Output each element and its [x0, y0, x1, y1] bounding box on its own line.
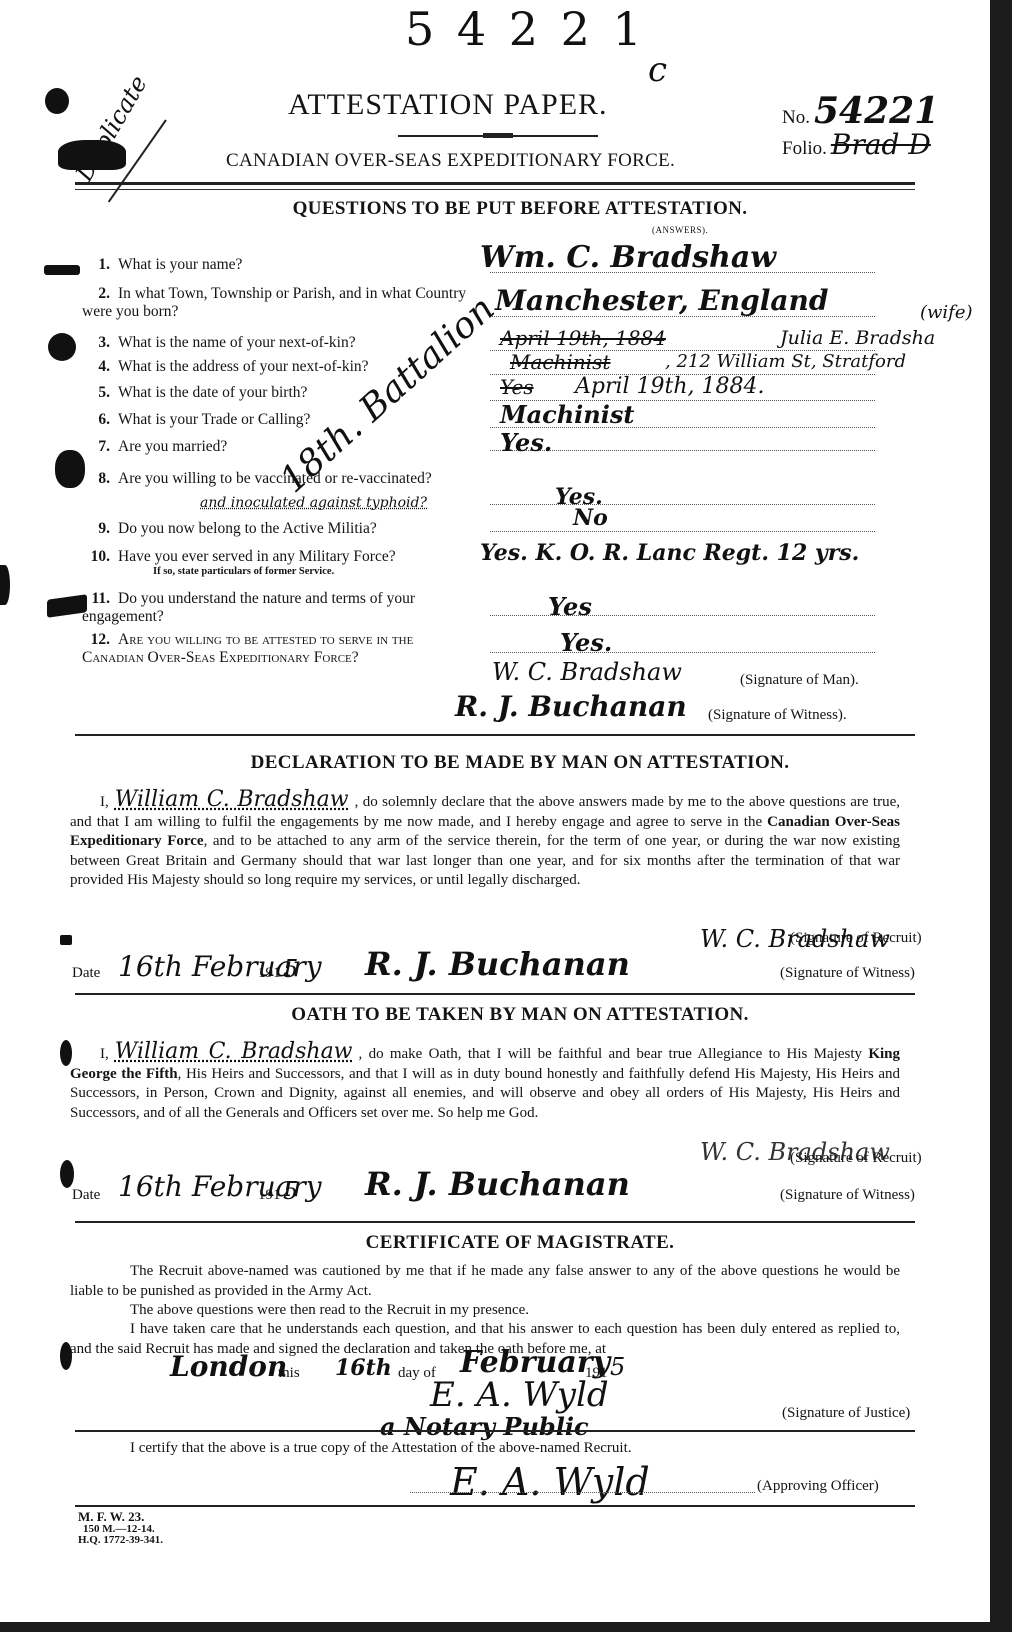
declaration-signature-recruit-label: (Signature of Recruit) — [790, 930, 922, 947]
number-value: 54221 — [814, 90, 939, 132]
number-field: No. 54221 — [782, 90, 939, 132]
questions-heading: QUESTIONS TO BE PUT BEFORE ATTESTATION. — [60, 198, 980, 220]
scan-edge-right — [990, 0, 1012, 1632]
punch-hole-top — [45, 88, 69, 114]
ink-blot-side — [0, 565, 10, 605]
handwritten-number: 5 4 2 2 1 — [405, 2, 646, 56]
approval-signature-label: (Approving Officer) — [757, 1478, 879, 1495]
ink-blot-q8 — [55, 450, 85, 488]
answer-8-inline-note: and inoculated against typhoid? — [200, 495, 427, 511]
signature-witness-q-label: (Signature of Witness). — [708, 707, 847, 724]
answer-6[interactable]: Machinist — [500, 400, 634, 429]
answer-line-9 — [490, 531, 875, 532]
signature-man[interactable]: W. C. Bradshaw — [492, 658, 682, 686]
document-subtitle: CANADIAN OVER-SEAS EXPEDITIONARY FORCE. — [226, 150, 675, 172]
certificate-day[interactable]: 16th — [335, 1355, 392, 1381]
answers-label: (ANSWERS). — [652, 225, 708, 235]
oath-signature-witness-label: (Signature of Witness) — [780, 1187, 915, 1204]
rule-after-questions — [75, 734, 915, 736]
certificate-signature-justice[interactable]: E. A. Wyld — [430, 1375, 609, 1415]
ink-blot-oath-date — [60, 1160, 74, 1188]
ink-blot-q11 — [47, 594, 87, 618]
question-6: 6.What is your Trade or Calling? — [82, 411, 472, 429]
question-10: 10.Have you ever served in any Military … — [82, 548, 472, 566]
answer-5[interactable]: April 19th, 1884. — [575, 374, 765, 399]
answer-10[interactable]: Yes. K. O. R. Lanc Regt. 12 yrs. — [480, 540, 859, 566]
question-11: 11.Do you understand the nature and term… — [82, 590, 472, 626]
oath-year-hand[interactable]: 5 — [283, 1177, 298, 1205]
certificate-signature-justice-label: (Signature of Justice) — [782, 1405, 910, 1422]
oath-text: I,William C. Bradshaw, do make Oath, tha… — [70, 1042, 900, 1123]
ink-blot-q3 — [48, 333, 76, 361]
ink-blot-q1 — [44, 265, 80, 275]
handwritten-letter: c — [648, 50, 667, 90]
question-7: 7.Are you married? — [82, 438, 472, 456]
declaration-signature-witness-label: (Signature of Witness) — [780, 965, 915, 982]
approval-signature[interactable]: E. A. Wyld — [450, 1460, 650, 1504]
form-code: M. F. W. 23. — [78, 1510, 163, 1524]
rule-after-approval — [75, 1505, 915, 1507]
answer-3-note: (wife) — [920, 302, 973, 323]
approval-signature-line — [410, 1492, 755, 1493]
declaration-signature-witness[interactable]: R. J. Buchanan — [365, 945, 630, 983]
number-label: No. — [782, 107, 810, 128]
answer-4-struck: Machinist — [510, 350, 610, 374]
answer-5-struck: Yes — [500, 375, 534, 399]
declaration-date-label: Date — [72, 965, 100, 982]
document-title: ATTESTATION PAPER. — [288, 88, 608, 122]
declaration-year-hand[interactable]: 5 — [283, 955, 298, 983]
answer-1[interactable]: Wm. C. Bradshaw — [480, 240, 776, 275]
oath-year-print: 191 — [258, 1187, 281, 1204]
approval-text: I certify that the above is a true copy … — [130, 1440, 632, 1457]
answer-3-struck: April 19th, 1884 — [500, 326, 666, 350]
signature-man-label: (Signature of Man). — [740, 672, 859, 689]
certificate-this-label: this — [278, 1365, 300, 1382]
oath-date-label: Date — [72, 1187, 100, 1204]
question-12: 12.Are you willing to be attested to ser… — [82, 631, 472, 667]
declaration-year-print: 191 — [258, 965, 281, 982]
rule-after-declaration — [75, 993, 915, 995]
certificate-para-1: The Recruit above-named was cautioned by… — [70, 1262, 900, 1301]
answer-7[interactable]: Yes. — [500, 428, 552, 457]
answer-2[interactable]: Manchester, England — [495, 284, 828, 317]
header-rule-top — [75, 182, 915, 185]
scan-edge-bottom — [0, 1622, 1012, 1632]
footer-codes: M. F. W. 23. 150 M.—12-14. H.Q. 1772-39-… — [78, 1510, 163, 1546]
question-9: 9.Do you now belong to the Active Militi… — [82, 520, 472, 538]
answer-9[interactable]: No — [573, 505, 608, 531]
question-10-subtext: If so, state particulars of former Servi… — [153, 566, 334, 577]
rule-after-certificate — [75, 1430, 915, 1432]
answer-line-8 — [490, 504, 875, 505]
certificate-heading: CERTIFICATE OF MAGISTRATE. — [60, 1232, 980, 1254]
header-rule-bottom — [75, 189, 915, 190]
title-ornament-center — [483, 133, 513, 138]
question-2: 2.In what Town, Township or Parish, and … — [82, 285, 472, 321]
declaration-name[interactable]: William C. Bradshaw — [109, 787, 355, 812]
declaration-text: I,William C. Bradshaw, do solemnly decla… — [70, 790, 900, 891]
answer-3-name[interactable]: Julia E. Bradsha — [780, 327, 935, 349]
answer-4[interactable]: , 212 William St, Stratford — [665, 351, 906, 372]
answer-line-12 — [490, 652, 875, 653]
folio-field: Folio. Brad D — [782, 128, 931, 161]
question-1: 1.What is your name? — [82, 256, 472, 274]
signature-witness-q[interactable]: R. J. Buchanan — [455, 690, 687, 723]
folio-value: Brad D — [831, 128, 931, 161]
certificate-year-hand[interactable]: 5 — [610, 1353, 625, 1381]
certificate-place[interactable]: London — [170, 1350, 287, 1383]
certificate-para-2: The above questions were then read to th… — [70, 1301, 900, 1321]
declaration-heading: DECLARATION TO BE MADE BY MAN ON ATTESTA… — [60, 752, 980, 774]
oath-heading: OATH TO BE TAKEN BY MAN ON ATTESTATION. — [60, 1004, 980, 1026]
hq-code: H.Q. 1772-39-341. — [78, 1535, 163, 1546]
oath-signature-witness[interactable]: R. J. Buchanan — [365, 1165, 630, 1203]
oath-name[interactable]: William C. Bradshaw — [109, 1039, 359, 1064]
folio-label: Folio. — [782, 138, 827, 159]
rule-after-oath — [75, 1221, 915, 1223]
ink-blot-decl — [60, 935, 72, 945]
oath-signature-recruit-label: (Signature of Recruit) — [790, 1150, 922, 1167]
answer-11[interactable]: Yes — [548, 592, 592, 621]
certificate-justice-note: a Notary Public — [380, 1412, 589, 1441]
answer-12[interactable]: Yes. — [560, 628, 612, 657]
